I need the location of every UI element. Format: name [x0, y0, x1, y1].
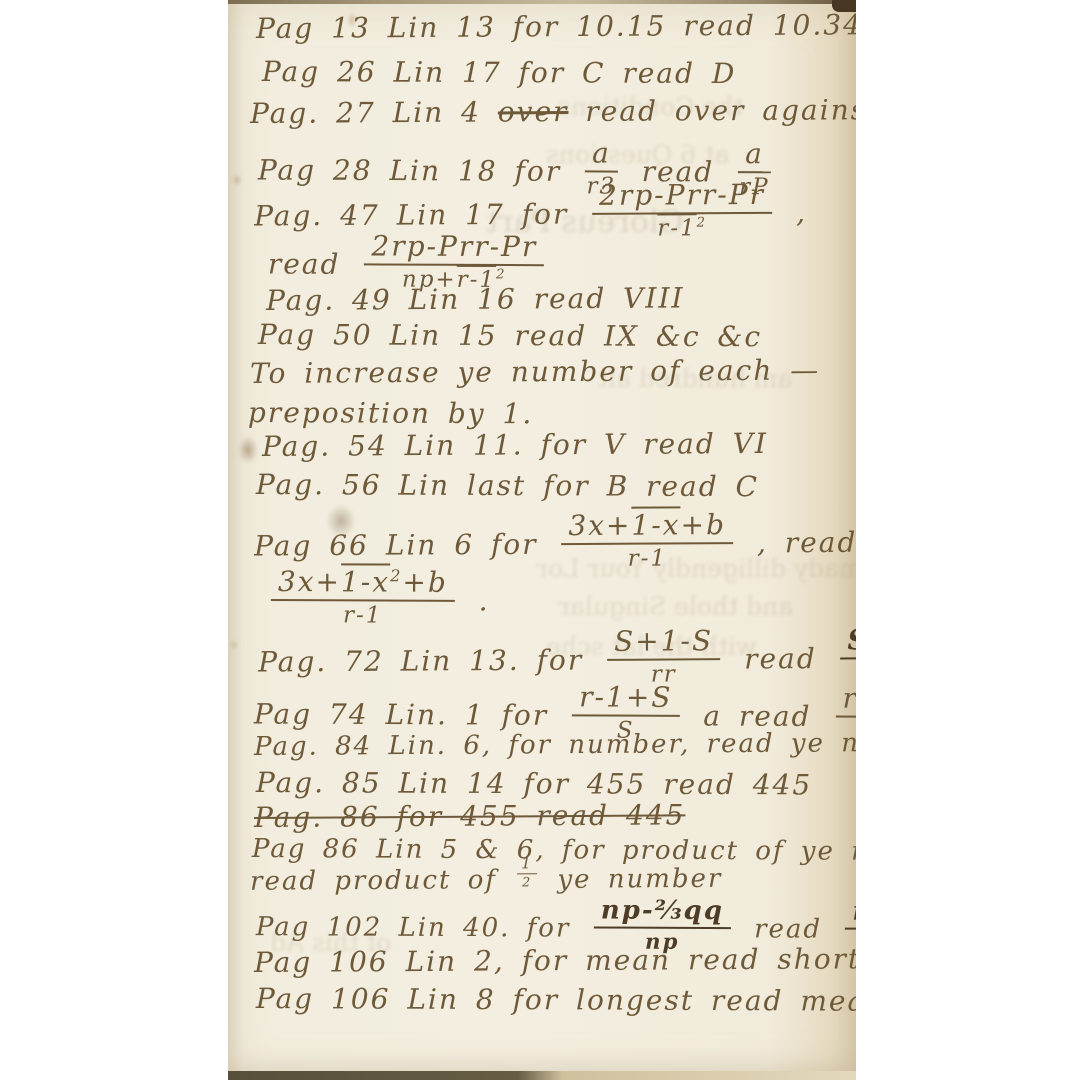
fraction-numerator: a — [585, 138, 618, 172]
struck-word: over — [498, 95, 569, 128]
errata-text: read product of — [250, 865, 497, 897]
errata-text: Pag. 27 Lin 4 — [250, 95, 498, 130]
errata-text: Pag 13 Lin 13 for 10.15 read 10.34 — [256, 8, 856, 45]
errata-text: preposition by 1. — [248, 396, 533, 430]
foxing-spot — [232, 174, 242, 186]
errata-line: 3x+1-x2+br-1 . — [264, 572, 490, 633]
fraction-numerator: r-1+S — [572, 682, 679, 716]
errata-line: Pag. 27 Lin 4 over read over against — [250, 93, 856, 130]
errata-text: Pag 102 Lin 40. for — [256, 912, 571, 943]
fraction-numerator: 2rp-Prr-Pr — [592, 180, 772, 215]
errata-line: Pag. 85 Lin 14 for 455 read 445 — [256, 766, 812, 801]
errata-text: To increase ye number of each — — [250, 354, 820, 390]
fraction-numerator: S+1-S — [840, 625, 856, 660]
fraction-numerator: a — [738, 139, 771, 173]
errata-text: read — [268, 247, 341, 280]
fraction-numerator: np-⅔qq — [594, 896, 731, 929]
errata-text: Pag 86 Lin 5 & 6, for product of ye numb… — [252, 834, 856, 867]
fraction: 12 — [517, 856, 537, 890]
errata-line: Pag 106 Lin 2, for mean read shortest — [254, 942, 856, 979]
errata-text: Pag. 72 Lin 13. for — [258, 643, 583, 678]
fraction-denominator: r-1 — [562, 544, 734, 571]
fraction: 3x+1-x+br-1 — [561, 510, 733, 571]
errata-text: Pag. 84 Lin. 6, for number, read ye numb… — [254, 728, 856, 762]
foxing-spot — [230, 640, 238, 650]
errata-text: Pag 66 Lin 6 for — [254, 528, 538, 563]
errata-text: Pag. 49 Lin 16 read VIII — [266, 281, 685, 317]
errata-line: Pag 86 Lin 5 & 6, for product of ye numb… — [252, 834, 856, 867]
fraction: S+1-Srr — [840, 625, 856, 686]
fraction-numerator: 2rp-Prr-Pr — [364, 231, 544, 266]
errata-text: Pag. 47 Lin 17 for — [254, 198, 568, 233]
fraction-denominator: 2 — [517, 874, 537, 890]
errata-text: Pag 28 Lin 18 for — [258, 153, 561, 187]
errata-text: Pag 106 Lin 2, for mean read shortest — [254, 942, 856, 979]
errata-text: Pag. 56 Lin last for B read C — [256, 468, 759, 503]
errata-line: Pag. 56 Lin last for B read C — [256, 468, 759, 503]
errata-line: Pag. 49 Lin 16 read VIII — [266, 281, 685, 317]
errata-text: Pag 26 Lin 17 for C read D — [262, 55, 737, 90]
errata-text: Pag 74 Lin. 1 for — [254, 697, 548, 731]
errata-line: read product of 12 ye number — [250, 863, 722, 899]
errata-text: , — [796, 196, 807, 229]
fraction: S+1-Srr — [607, 626, 720, 687]
errata-line: Pag 13 Lin 13 for 10.15 read 10.34 — [256, 8, 856, 45]
errata-text: Pag 106 Lin 8 for longest read mean. — [256, 982, 856, 1018]
fraction-denominator: r-12 — [592, 214, 772, 241]
fraction-numerator: S+1-S — [607, 626, 720, 661]
fraction-numerator: 3x+1-x2+b — [271, 567, 455, 602]
fraction-numerator: 3x+1-x+b — [561, 510, 733, 545]
fraction-numerator: r-1+S — [835, 684, 856, 718]
photograph: the Conditions at 6 Questions Gloreus Pa… — [0, 0, 1080, 1080]
fraction: 2rp-Prr-Prr-12 — [592, 180, 772, 241]
errata-text: Pag. 85 Lin 14 for 455 read 445 — [256, 766, 812, 801]
errata-line: Pag. 84 Lin. 6, for number, read ye numb… — [254, 728, 856, 762]
fraction-numerator: 1 — [517, 856, 537, 874]
fraction: 3x+1-x2+br-1 — [271, 567, 455, 628]
errata-text: read — [744, 642, 817, 675]
errata-line: Pag 106 Lin 8 for longest read mean. — [256, 982, 856, 1018]
page-top-edge — [228, 0, 856, 4]
errata-line: Pag 50 Lin 15 read IX &c &c — [258, 318, 762, 353]
ink-stain — [238, 436, 258, 464]
struck-errata-text: Pag. 86 for 455 read 445 — [254, 798, 685, 834]
show-through-text: and thole Singular — [558, 592, 793, 621]
errata-text: read over against — [568, 93, 856, 128]
errata-text: ye number — [557, 864, 722, 895]
errata-line: Pag. 54 Lin 11. for V read VI — [262, 427, 768, 463]
page-bottom-edge — [228, 1071, 856, 1080]
errata-text: read — [754, 914, 822, 944]
fraction-numerator: nq-⅔qq — [845, 898, 856, 931]
manuscript-page: the Conditions at 6 Questions Gloreus Pa… — [228, 0, 856, 1080]
errata-text: Pag 50 Lin 15 read IX &c &c — [258, 318, 762, 353]
errata-line: preposition by 1. — [248, 396, 533, 430]
errata-line: Pag. 72 Lin 13. for S+1-Srr read S+1-Srr — [258, 630, 856, 694]
errata-text: . — [479, 584, 490, 617]
errata-line: Pag 26 Lin 17 for C read D — [262, 55, 737, 90]
errata-line: To increase ye number of each — — [250, 354, 820, 390]
fraction-denominator: r-1 — [271, 601, 455, 628]
errata-line: Pag. 86 for 455 read 445 — [254, 798, 685, 834]
errata-text: Pag. 54 Lin 11. for V read VI — [262, 427, 768, 463]
errata-text: , read — [757, 526, 856, 560]
